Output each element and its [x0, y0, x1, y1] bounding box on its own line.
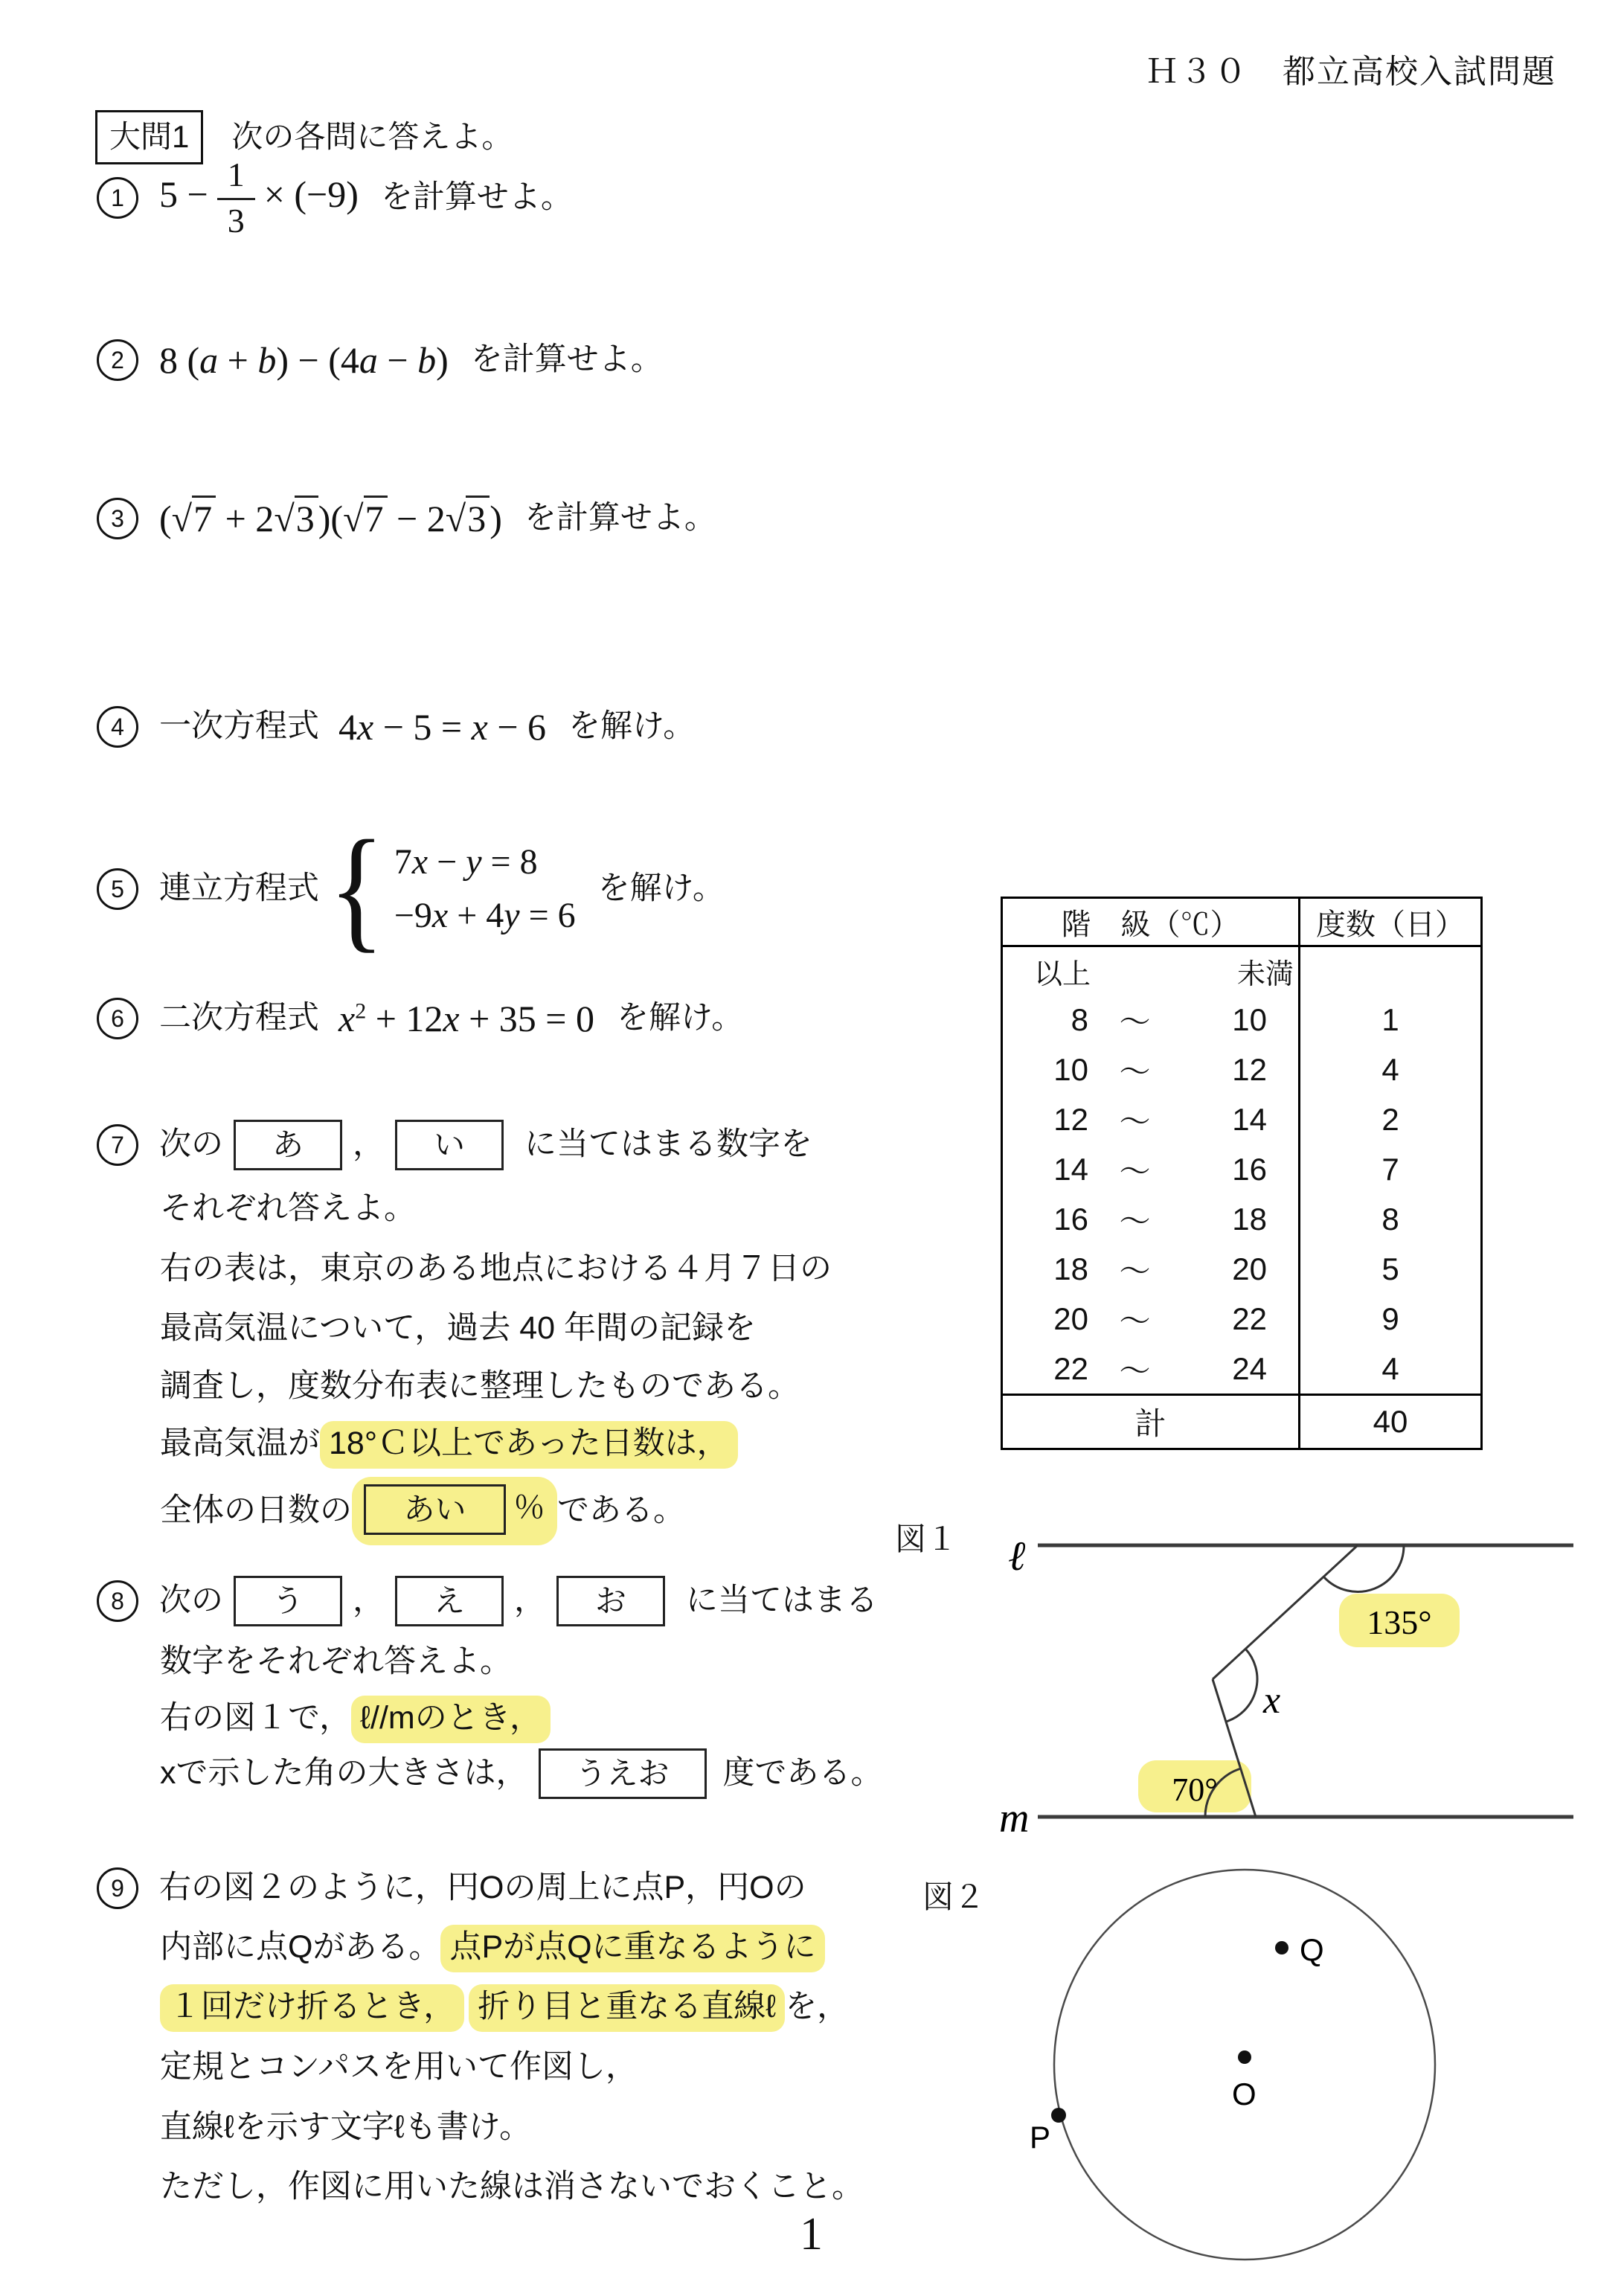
problem-5-instruction: を解け。 — [598, 868, 725, 910]
radical-sign: √ — [343, 498, 363, 539]
radical-sign: √ — [446, 498, 466, 539]
table-row: 20～22 9 — [1003, 1294, 1480, 1344]
frequency-table: 階 級（℃） 度数（日） 以上未満 8～10 1 10～12 4 12～14 2… — [1001, 897, 1483, 1450]
problem-9-line-4: 定規とコンパスを用いて作図し， — [160, 2047, 638, 2088]
problem-5-label: 連立方程式 — [159, 868, 319, 910]
table-total-row: 計 40 — [1003, 1394, 1480, 1448]
angle-x-label: x — [1262, 1679, 1280, 1722]
system-brace: { — [329, 827, 385, 952]
problem-4-instruction: を解け。 — [568, 706, 695, 748]
answer-box-i: い — [395, 1120, 504, 1170]
problem-6-label: 二次方程式 — [159, 998, 319, 1039]
problem-1-number: 1 — [97, 177, 138, 219]
point-o-label: O — [1232, 2077, 1256, 2111]
problem-7-line-2: それぞれ答えよ。 — [160, 1188, 416, 1230]
highlight-18c: 18°Ｃ以上であった日数は， — [320, 1421, 738, 1469]
problem-8-number: 8 — [97, 1580, 138, 1622]
problem-3-number: 3 — [97, 498, 138, 539]
answer-box-o: お — [556, 1576, 665, 1626]
exam-page: Ｈ３０ 都立高校入試問題 大問1 次の各問に答えよ。 1 5 −13× (−9)… — [0, 0, 1624, 2296]
transversal-upper — [1213, 1545, 1358, 1679]
problem-1: 1 5 −13× (−9) を計算せよ。 — [97, 146, 573, 250]
problem-4-equation: 4x − 5 = x − 6 — [338, 705, 546, 748]
highlight-parallel: ℓ//mのとき， — [351, 1696, 551, 1743]
problem-8-line-2: 数字をそれぞれ答えよ。 — [160, 1641, 512, 1683]
point-q-dot — [1275, 1941, 1288, 1955]
point-p-dot — [1051, 2108, 1066, 2123]
subheader-miman: 未満 — [1237, 951, 1294, 992]
point-o-dot — [1238, 2050, 1251, 2064]
problem-9-line-3: １回だけ折るとき，折り目と重なる直線ℓを， — [160, 1986, 849, 2028]
problem-1-instruction: を計算せよ。 — [381, 177, 573, 219]
equation-1: 7x − y = 8 — [394, 836, 576, 889]
total-label: 計 — [1003, 1396, 1300, 1448]
problem-2-instruction: を計算せよ。 — [471, 339, 663, 381]
problem-9-line-1: 9 右の図２のように，円Oの周上に点P，円Oの — [97, 1867, 806, 1909]
problem-5-equations: 7x − y = 8 −9x + 4y = 6 — [394, 836, 576, 943]
angle-135-label: 135° — [1367, 1603, 1431, 1641]
problem-6-number: 6 — [97, 998, 138, 1039]
table-header-row: 階 級（℃） 度数（日） — [1003, 899, 1480, 947]
problem-9-line-6: ただし，作図に用いた線は消さないでおくこと。 — [160, 2167, 864, 2208]
figure-2-label: 図２ — [922, 1877, 985, 1918]
page-header: Ｈ３０ 都立高校入試問題 — [1146, 51, 1556, 93]
problem-1-expression: 5 −13× (−9) — [159, 155, 359, 241]
figure-1: ℓ m 135° x 70° — [893, 1510, 1622, 1845]
total-value: 40 — [1300, 1396, 1480, 1448]
line-l-label: ℓ — [1008, 1533, 1026, 1580]
equation-2: −9x + 4y = 6 — [394, 889, 576, 943]
problem-9-number: 9 — [97, 1867, 138, 1909]
radical-sign: √ — [274, 498, 294, 539]
table-row: 22～24 4 — [1003, 1344, 1480, 1394]
problem-3: 3 (√7 + 2√3)(√7 − 2√3) を計算せよ。 — [97, 497, 716, 540]
problem-4: 4 一次方程式 4x − 5 = x − 6 を解け。 — [97, 705, 695, 748]
problem-7-line-7: 全体の日数の あい％ である。 — [160, 1477, 685, 1545]
problem-5: 5 連立方程式 { 7x − y = 8 −9x + 4y = 6 を解け。 — [97, 807, 725, 971]
problem-7-line-5: 調査し，度数分布表に整理したものである。 — [160, 1366, 800, 1408]
problem-6-equation: x2 + 12x + 35 = 0 — [338, 997, 594, 1040]
highlight-fold-3: 折り目と重なる直線ℓ — [469, 1984, 785, 2032]
table-header-freq: 度数（日） — [1300, 899, 1480, 945]
answer-box-e: え — [395, 1576, 504, 1626]
highlight-fold-2: １回だけ折るとき， — [160, 1984, 464, 2032]
line-m-label: m — [999, 1795, 1029, 1841]
problem-7-line-4: 最高気温について，過去 40 年間の記録を — [160, 1308, 756, 1350]
table-row: 12～14 2 — [1003, 1094, 1480, 1144]
angle-arc-135 — [1323, 1545, 1404, 1591]
problem-2: 2 8 (a + b) − (4a − b) を計算せよ。 — [97, 339, 663, 382]
problem-9-line-5: 直線ℓを示す文字ℓも書け。 — [160, 2107, 531, 2149]
point-q-label: Q — [1300, 1932, 1324, 1967]
problem-4-number: 4 — [97, 706, 138, 748]
problem-2-expression: 8 (a + b) − (4a − b) — [159, 339, 449, 382]
table-header-class: 階 級（℃） — [1003, 899, 1300, 945]
figure-2: Q O P — [1027, 1856, 1480, 2288]
angle-arc-x — [1226, 1649, 1257, 1722]
answer-box-ai: あい — [364, 1484, 506, 1535]
problem-7-line-6: 最高気温が18°Ｃ以上であった日数は， — [160, 1423, 738, 1465]
problem-8-line-4: xで示した角の大きさは， うえお 度である。 — [160, 1748, 883, 1799]
answer-box-u: う — [234, 1576, 342, 1626]
problem-4-label: 一次方程式 — [159, 706, 319, 748]
problem-5-number: 5 — [97, 868, 138, 910]
circle-o — [1054, 1870, 1435, 2260]
problem-6-instruction: を解け。 — [617, 998, 743, 1039]
answer-box-ueo: うえお — [539, 1748, 707, 1799]
problem-2-number: 2 — [97, 339, 138, 381]
fraction: 13 — [217, 155, 255, 241]
table-row: 10～12 4 — [1003, 1045, 1480, 1094]
problem-8-line-1: 8 次の う ， え ， お に当てはまる — [97, 1576, 878, 1626]
problem-7-number: 7 — [97, 1124, 138, 1166]
subheader-ijou: 以上 — [1034, 951, 1091, 992]
highlight-fold-1: 点Pが点Qに重なるように — [440, 1925, 824, 1972]
problem-6: 6 二次方程式 x2 + 12x + 35 = 0 を解け。 — [97, 997, 743, 1040]
table-subheader-row: 以上未満 — [1003, 947, 1480, 995]
problem-7-line-1: 7 次の あ ， い に当てはまる数字を — [97, 1120, 812, 1170]
point-p-label: P — [1030, 2120, 1050, 2155]
problem-7-line-3: 右の表は，東京のある地点における４月７日の — [160, 1248, 832, 1290]
problem-9-line-2: 内部に点Qがある。点Pが点Qに重なるように — [160, 1927, 825, 1969]
problem-3-expression: (√7 + 2√3)(√7 − 2√3) — [159, 497, 502, 540]
table-row: 14～16 7 — [1003, 1144, 1480, 1194]
table-row: 18～20 5 — [1003, 1244, 1480, 1294]
table-row: 8～10 1 — [1003, 995, 1480, 1045]
answer-box-a: あ — [234, 1120, 342, 1170]
page-number: 1 — [800, 2208, 823, 2261]
radical-sign: √ — [172, 498, 192, 539]
angle-70-label: 70° — [1172, 1771, 1218, 1808]
highlight-ai-percent: あい％ — [352, 1477, 557, 1545]
table-row: 16～18 8 — [1003, 1194, 1480, 1244]
problem-8-line-3: 右の図１で，ℓ//mのとき， — [160, 1698, 551, 1739]
problem-3-instruction: を計算せよ。 — [524, 498, 716, 539]
